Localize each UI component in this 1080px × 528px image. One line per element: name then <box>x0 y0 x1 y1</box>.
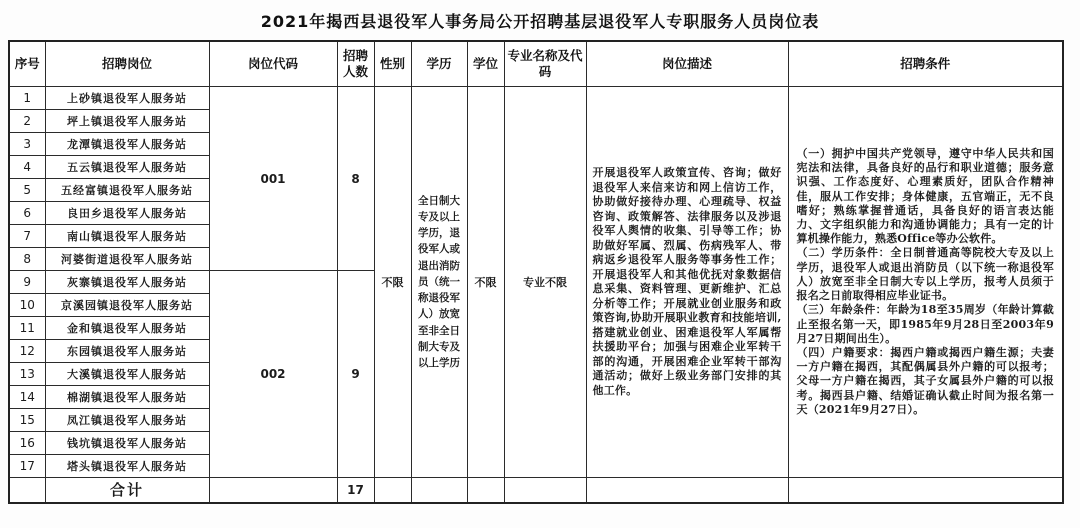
cell-post: 河婆街道退役军人服务站 <box>45 248 209 271</box>
cell-serial: 14 <box>9 386 45 409</box>
cell-position-code: 002 <box>209 271 337 478</box>
cell-post: 灰寨镇退役军人服务站 <box>45 271 209 294</box>
cell-total-count: 17 <box>337 478 374 503</box>
cell-job-description: 开展退役军人政策宣传、咨询；做好退役军人来信来访和网上信访工作，协助做好接待办理… <box>586 87 788 478</box>
page-title: 2021年揭西县退役军人事务局公开招聘基层退役军人专职服务人员岗位表 <box>0 9 1080 32</box>
job-table: 序号招聘岗位岗位代码招聘人数性别学历学位专业名称及代码岗位描述招聘条件 1上砂镇… <box>8 40 1064 504</box>
cell-conditions: （一）拥护中国共产党领导，遵守中华人民共和国宪法和法律，具备良好的品行和职业道德… <box>788 87 1063 478</box>
cell-post: 南山镇退役军人服务站 <box>45 225 209 248</box>
cell-post: 五经富镇退役军人服务站 <box>45 179 209 202</box>
cell-total-conditions-empty <box>788 478 1063 503</box>
col-header-9: 岗位描述 <box>586 41 788 87</box>
cell-total-code <box>209 478 337 503</box>
cell-position-code: 001 <box>209 87 337 271</box>
cell-post: 东园镇退役军人服务站 <box>45 340 209 363</box>
cell-post: 棉湖镇退役军人服务站 <box>45 386 209 409</box>
cell-post: 五云镇退役军人服务站 <box>45 156 209 179</box>
cell-post: 大溪镇退役军人服务站 <box>45 363 209 386</box>
cell-serial: 5 <box>9 179 45 202</box>
cell-total-serial <box>9 478 45 503</box>
cell-post: 钱坑镇退役军人服务站 <box>45 432 209 455</box>
col-header-3: 岗位代码 <box>209 41 337 87</box>
cell-serial: 4 <box>9 156 45 179</box>
col-header-10: 招聘条件 <box>788 41 1063 87</box>
col-header-8: 专业名称及代码 <box>504 41 586 87</box>
cell-serial: 7 <box>9 225 45 248</box>
cell-serial: 6 <box>9 202 45 225</box>
cell-recruit-count: 8 <box>337 87 374 271</box>
condition-paragraph-4: （四）户籍要求：揭西户籍或揭西户籍生源；夫妻一方户籍在揭西，其配偶属县外户籍的可… <box>797 346 1055 417</box>
col-header-5: 性别 <box>374 41 411 87</box>
col-header-4: 招聘人数 <box>337 41 374 87</box>
cell-degree: 不限 <box>467 87 504 478</box>
cell-recruit-count: 9 <box>337 271 374 478</box>
condition-paragraph-3: （三）年龄条件：年龄为18至35周岁（年龄计算截止至报名第一天，即1985年9月… <box>797 303 1055 346</box>
cell-gender: 不限 <box>374 87 411 478</box>
cell-post: 凤江镇退役军人服务站 <box>45 409 209 432</box>
cell-post: 上砂镇退役军人服务站 <box>45 87 209 110</box>
cell-total-degree-empty <box>467 478 504 503</box>
col-header-7: 学位 <box>467 41 504 87</box>
page: 2021年揭西县退役军人事务局公开招聘基层退役军人专职服务人员岗位表 序号招聘岗… <box>0 9 1080 504</box>
cell-post: 良田乡退役军人服务站 <box>45 202 209 225</box>
cell-serial: 17 <box>9 455 45 478</box>
cell-post: 龙潭镇退役军人服务站 <box>45 133 209 156</box>
cell-total-label: 合计 <box>45 478 209 503</box>
col-header-1: 序号 <box>9 41 45 87</box>
cell-serial: 10 <box>9 294 45 317</box>
cell-serial: 16 <box>9 432 45 455</box>
cell-total-description-empty <box>586 478 788 503</box>
cell-post: 坪上镇退役军人服务站 <box>45 110 209 133</box>
cell-post: 京溪园镇退役军人服务站 <box>45 294 209 317</box>
cell-post: 金和镇退役军人服务站 <box>45 317 209 340</box>
condition-paragraph-1: （一）拥护中国共产党领导，遵守中华人民共和国宪法和法律，具备良好的品行和职业道德… <box>797 147 1055 246</box>
cell-post: 塔头镇退役军人服务站 <box>45 455 209 478</box>
cell-total-education-empty <box>411 478 467 503</box>
cell-total-gender-empty <box>374 478 411 503</box>
cell-serial: 9 <box>9 271 45 294</box>
cell-serial: 2 <box>9 110 45 133</box>
cell-serial: 15 <box>9 409 45 432</box>
cell-serial: 11 <box>9 317 45 340</box>
total-row: 合计17 <box>9 478 1063 503</box>
col-header-2: 招聘岗位 <box>45 41 209 87</box>
cell-total-major-empty <box>504 478 586 503</box>
table-body: 1上砂镇退役军人服务站0018不限全日制大专及以上学历，退役军人或退出消防员（统… <box>9 87 1063 503</box>
cell-serial: 13 <box>9 363 45 386</box>
col-header-6: 学历 <box>411 41 467 87</box>
cell-serial: 12 <box>9 340 45 363</box>
cell-education: 全日制大专及以上学历，退役军人或退出消防员（统一称退役军人）放宽至非全日制大专及… <box>411 87 467 478</box>
header-row: 序号招聘岗位岗位代码招聘人数性别学历学位专业名称及代码岗位描述招聘条件 <box>9 41 1063 87</box>
condition-paragraph-2: （二）学历条件：全日制普通高等院校大专及以上学历，退役军人或退出消防员（以下统一… <box>797 246 1055 303</box>
cell-major: 专业不限 <box>504 87 586 478</box>
table-row-1: 1上砂镇退役军人服务站0018不限全日制大专及以上学历，退役军人或退出消防员（统… <box>9 87 1063 110</box>
cell-serial: 3 <box>9 133 45 156</box>
cell-serial: 1 <box>9 87 45 110</box>
cell-serial: 8 <box>9 248 45 271</box>
